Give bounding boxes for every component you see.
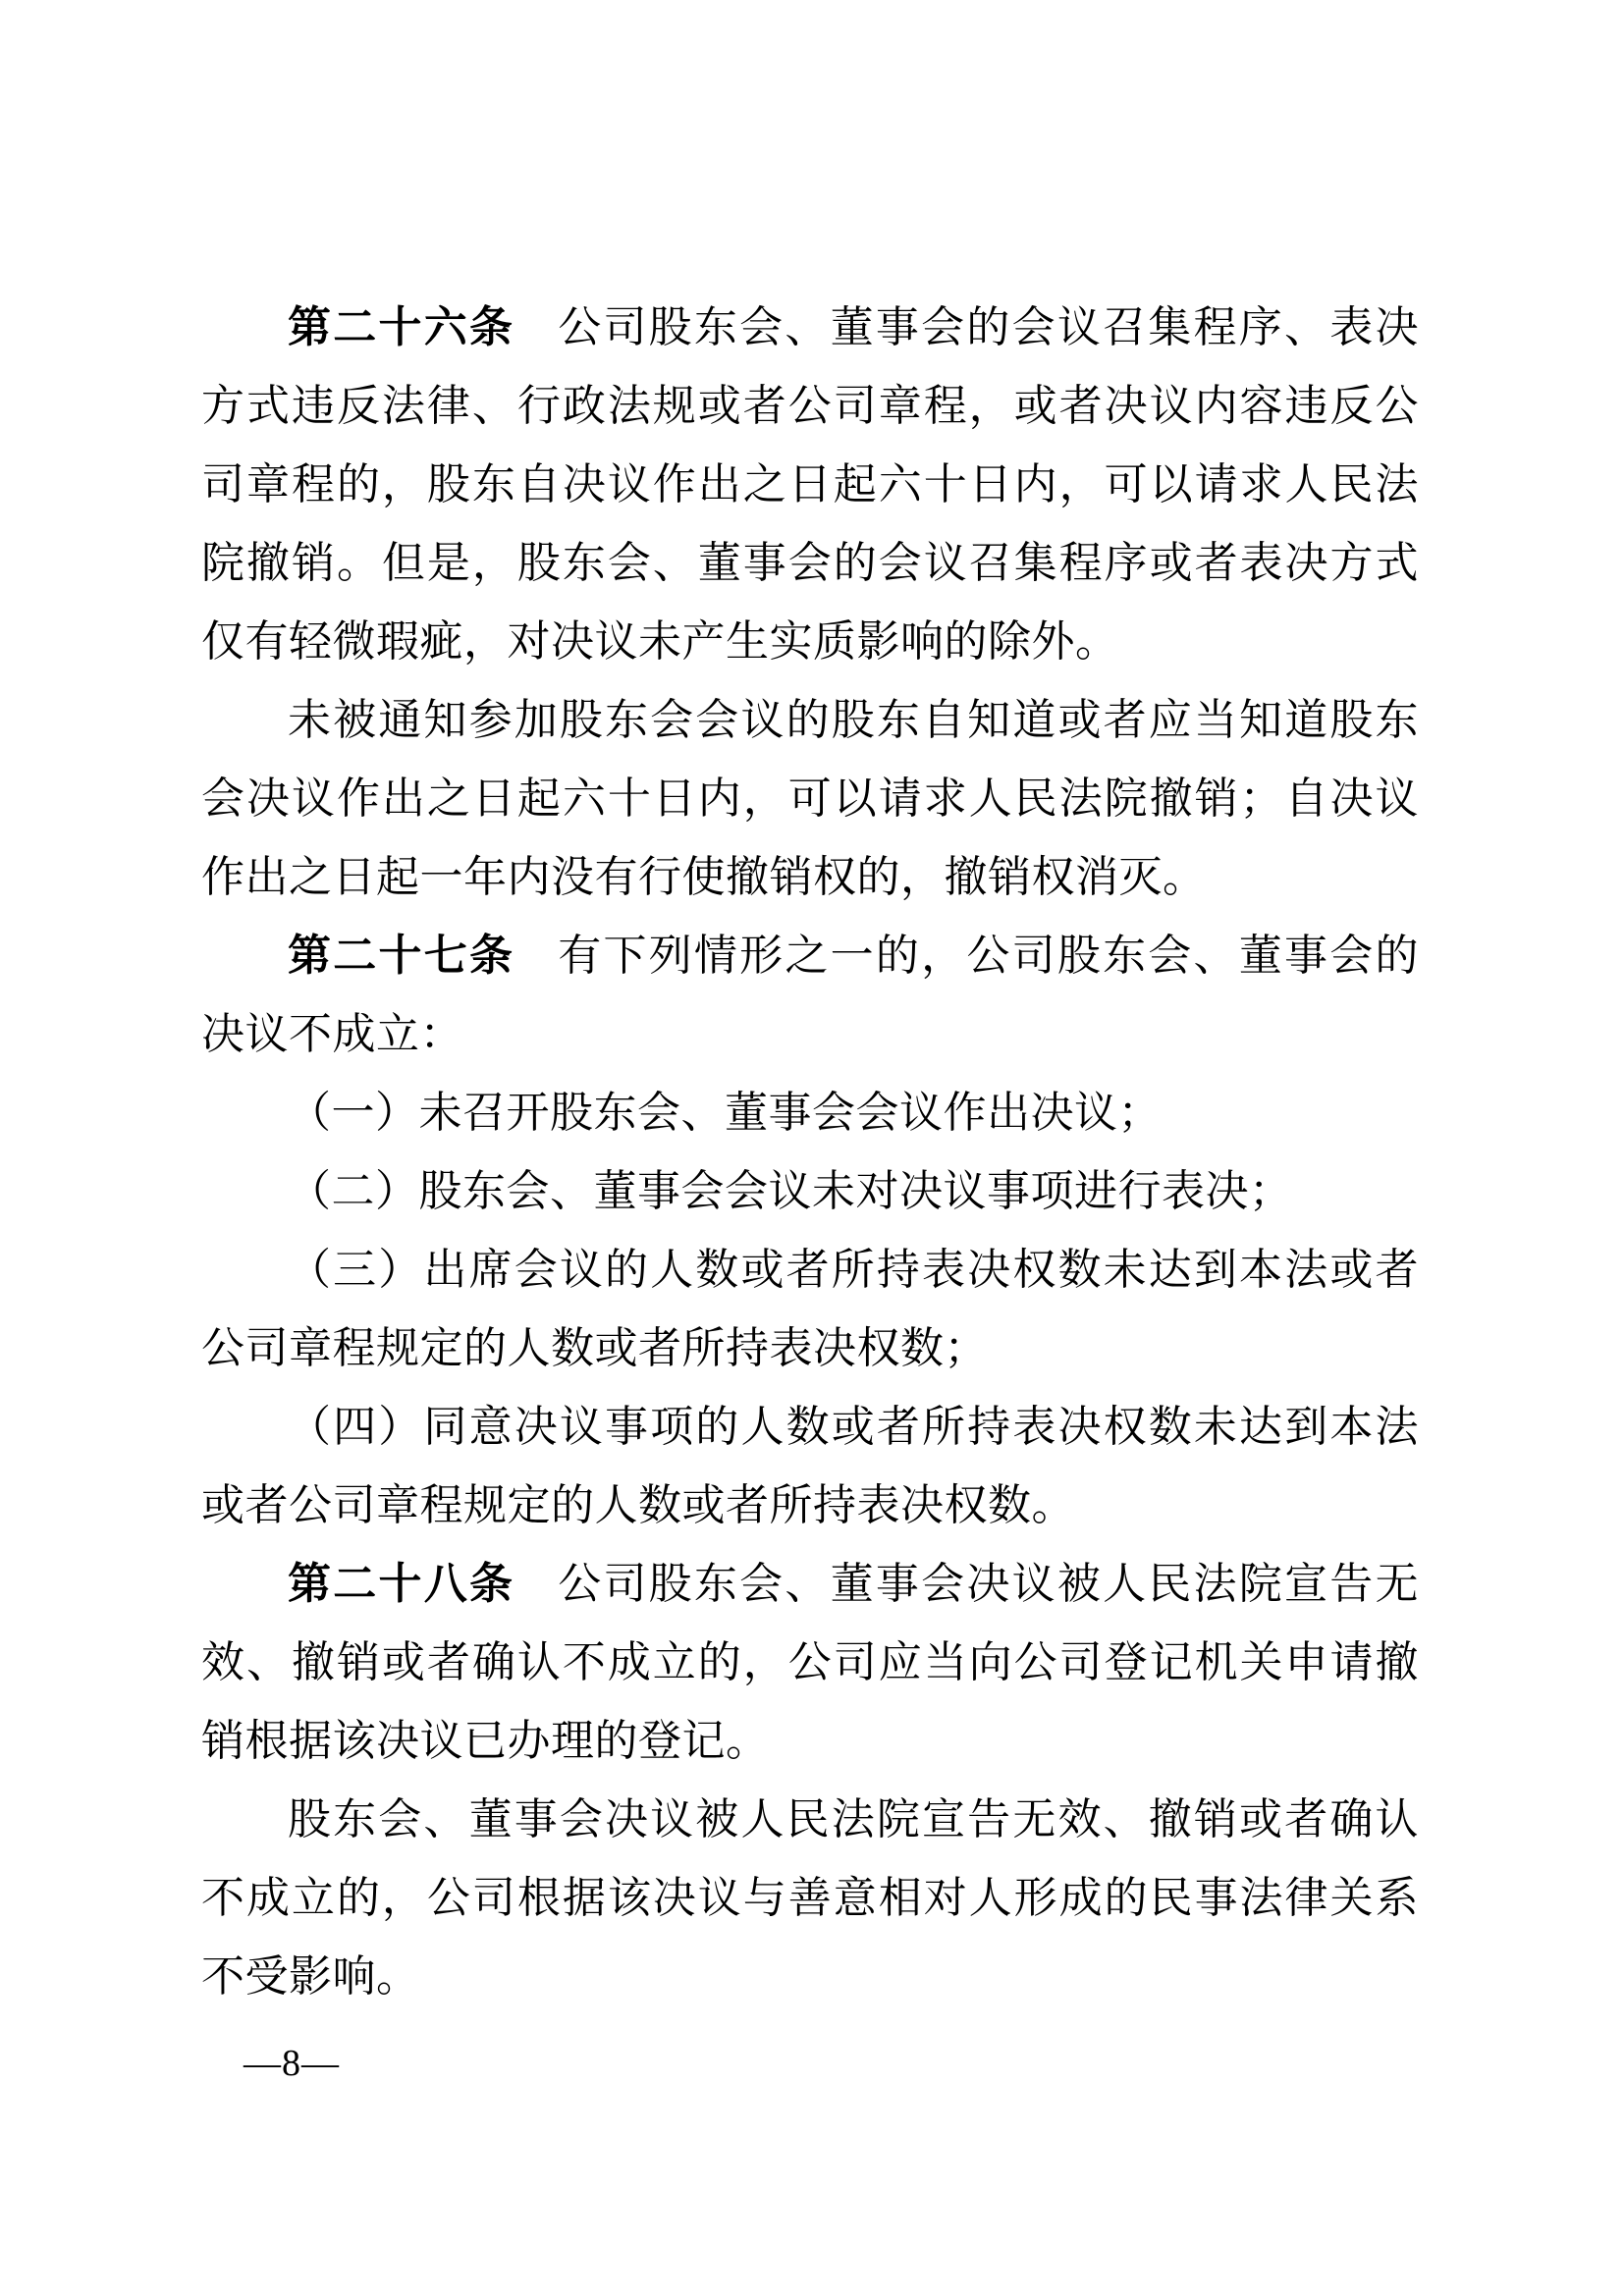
paragraph-article-27-item-3: （三）出席会议的人数或者所持表决权数未达到本法或者公司章程规定的人数或者所持表决… xyxy=(201,1231,1419,1388)
paragraph-article-26: 第二十六条公司股东会、董事会的会议召集程序、表决方式违反法律、行政法规或者公司章… xyxy=(201,289,1419,681)
article-28-clause-2-text: 股东会、董事会决议被人民法院宣告无效、撤销或者确认不成立的，公司根据该决议与善意… xyxy=(201,1795,1419,2001)
article-27-number: 第二十七条 xyxy=(288,932,514,980)
page-footer-number: —8— xyxy=(244,2040,340,2087)
article-26-text: 公司股东会、董事会的会议召集程序、表决方式违反法律、行政法规或者公司章程，或者决… xyxy=(201,303,1419,666)
statute-text-block: 第二十六条公司股东会、董事会的会议召集程序、表决方式违反法律、行政法规或者公司章… xyxy=(201,289,1419,2016)
paragraph-article-27-item-2: （二）股东会、董事会会议未对决议事项进行表决； xyxy=(201,1152,1419,1231)
article-27-item-4-text: （四）同意决议事项的人数或者所持表决权数未达到本法或者公司章程规定的人数或者所持… xyxy=(201,1403,1419,1529)
paragraph-article-27: 第二十七条有下列情形之一的，公司股东会、董事会的决议不成立： xyxy=(201,917,1419,1074)
paragraph-article-28-clause-2: 股东会、董事会决议被人民法院宣告无效、撤销或者确认不成立的，公司根据该决议与善意… xyxy=(201,1781,1419,2016)
paragraph-article-28: 第二十八条公司股东会、董事会决议被人民法院宣告无效、撤销或者确认不成立的，公司应… xyxy=(201,1545,1419,1781)
article-27-item-3-text: （三）出席会议的人数或者所持表决权数未达到本法或者公司章程规定的人数或者所持表决… xyxy=(201,1246,1419,1372)
article-27-item-2-text: （二）股东会、董事会会议未对决议事项进行表决； xyxy=(288,1167,1293,1215)
article-28-number: 第二十八条 xyxy=(288,1560,514,1608)
paragraph-article-26-clause-2: 未被通知参加股东会会议的股东自知道或者应当知道股东会决议作出之日起六十日内，可以… xyxy=(201,681,1419,917)
document-page: 第二十六条公司股东会、董事会的会议召集程序、表决方式违反法律、行政法规或者公司章… xyxy=(0,0,1624,2296)
paragraph-article-27-item-4: （四）同意决议事项的人数或者所持表决权数未达到本法或者公司章程规定的人数或者所持… xyxy=(201,1388,1419,1545)
article-26-number: 第二十六条 xyxy=(288,303,514,351)
paragraph-article-27-item-1: （一）未召开股东会、董事会会议作出决议； xyxy=(201,1074,1419,1152)
article-26-clause-2-text: 未被通知参加股东会会议的股东自知道或者应当知道股东会决议作出之日起六十日内，可以… xyxy=(201,696,1419,901)
article-27-item-1-text: （一）未召开股东会、董事会会议作出决议； xyxy=(288,1089,1162,1137)
